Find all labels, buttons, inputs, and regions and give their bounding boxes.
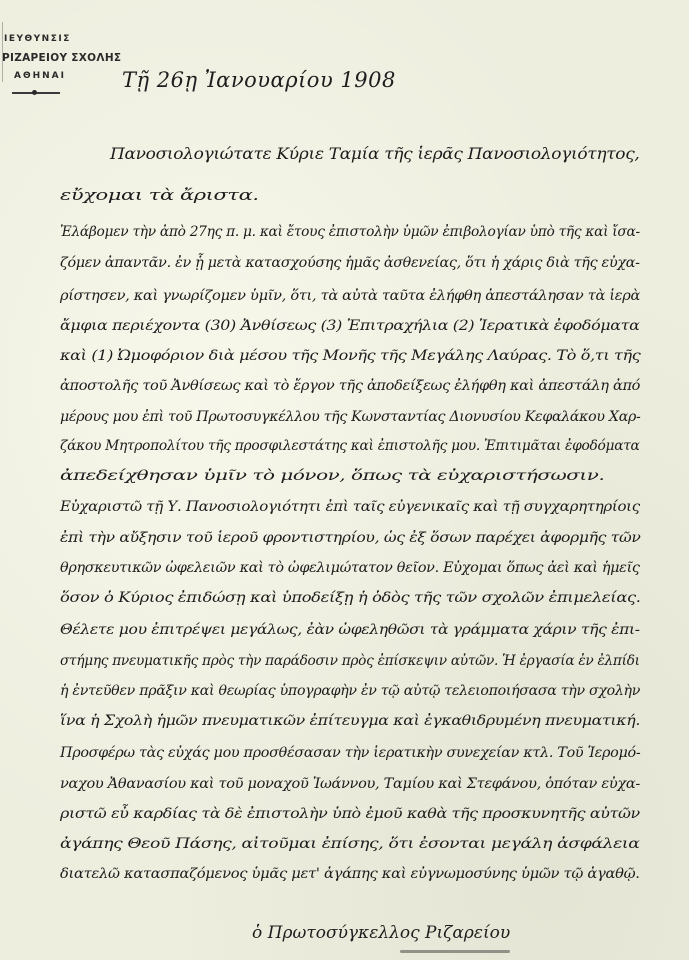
body-line: Θέλετε μου ἐπιτρέψει μεγάλως, ἐὰν ὠφεληθ… — [60, 622, 640, 638]
body-line: ζόμεν ἀπαντᾶν. ἐν ᾗ μετὰ κατασχούσης ἡμᾶ… — [60, 255, 640, 271]
body-line: ρίστησεν, καὶ γνωρίζομεν ὑμῖν, ὅτι, τὰ α… — [60, 288, 640, 304]
body-line: διατελῶ κατασπαζόμενος ὑμᾶς μετ' ἀγάπης … — [60, 866, 640, 882]
body-line: θρησκευτικῶν ὠφελειῶν καὶ τὸ ὠφελιμώτατο… — [60, 560, 640, 576]
letterhead-rule — [12, 92, 60, 94]
letterhead-school-name: ΡΙΖΑΡΕΙΟΥ ΣΧΟΛΗΣ — [2, 52, 121, 64]
body-line: ναχου Ἀθανασίου καὶ τοῦ μοναχοῦ Ἰωάννου,… — [60, 776, 640, 792]
letterhead-direction: ΙΕΥΘΥΝΣΙΣ — [4, 34, 71, 44]
signature: ὁ Πρωτοσύγκελλος Ριζαρείου — [252, 923, 510, 943]
salutation-line: εὔχομαι τὰ ἄριστα. — [60, 186, 259, 204]
body-line: ἡ ἐντεῦθεν πρᾶξιν καὶ θεωρίας ὑπογραφὴν … — [60, 683, 640, 699]
body-line: καὶ (1) Ὠμοφόριον διὰ μέσου τῆς Μονῆς τῆ… — [60, 348, 640, 364]
signature-flourish — [400, 950, 510, 953]
body-line: ὅσον ὁ Κύριος ἐπιδώσῃ καὶ ὑποδείξῃ ἡ ὁδὸ… — [60, 590, 641, 606]
body-line: Προσφέρω τὰς εὐχάς μου προσθέσασαν τὴν ἱ… — [60, 745, 640, 761]
body-line: ἀπεδείχθησαν ὑμῖν τὸ μόνον, ὅπως τὰ εὐχα… — [60, 468, 604, 484]
body-line: ἵνα ἡ Σχολὴ ἡμῶν πνευματικῶν ἐπίτευγμα κ… — [60, 713, 640, 729]
body-line: ἀγάπης Θεοῦ Πάσης, αἰτοῦμαι ἐπίσης, ὅτι … — [60, 836, 640, 852]
body-line: Εὐχαριστῶ τῇ Υ. Πανοσιολογιότητι ἐπὶ ταῖ… — [60, 499, 640, 515]
letter-date: Τῇ 26ῃ Ἰανουαρίου 1908 — [122, 68, 396, 92]
body-line: μέρους μου ἐπὶ τοῦ Πρωτοσυγκέλλου τῆς Κω… — [60, 409, 640, 425]
body-line: ἐπὶ τὴν αὔξησιν τοῦ ἱεροῦ φροντιστηρίου,… — [60, 530, 640, 546]
body-line: στήμης πνευματικῆς πρὸς τὴν παράδοσιν πρ… — [60, 653, 640, 669]
salutation-line: Πανοσιολογιώτατε Κύριε Ταμία τῆς ἱερᾶς Π… — [110, 144, 639, 163]
body-line: ζάκου Μητροπολίτου τῆς προσφιλεστάτης κα… — [60, 438, 640, 454]
body-line: Ἐλάβομεν τὴν ἀπὸ 27ης π. μ. καὶ ἔτους ἐπ… — [60, 224, 640, 240]
letterhead-city: ΑΘΗΝΑΙ — [14, 71, 66, 81]
body-line: ἄμφια περιέχοντα (30) Ἀνθίσεως (3) Ἐπιτρ… — [60, 318, 639, 334]
body-line: ἀποστολῆς τοῦ Ἀνθίσεως καὶ τὸ ἔργον τῆς … — [60, 378, 640, 394]
body-line: ριστῶ εὖ καρδίας τὰ δὲ ἐπιστολὴν ὑπὸ ἐμο… — [60, 806, 640, 822]
